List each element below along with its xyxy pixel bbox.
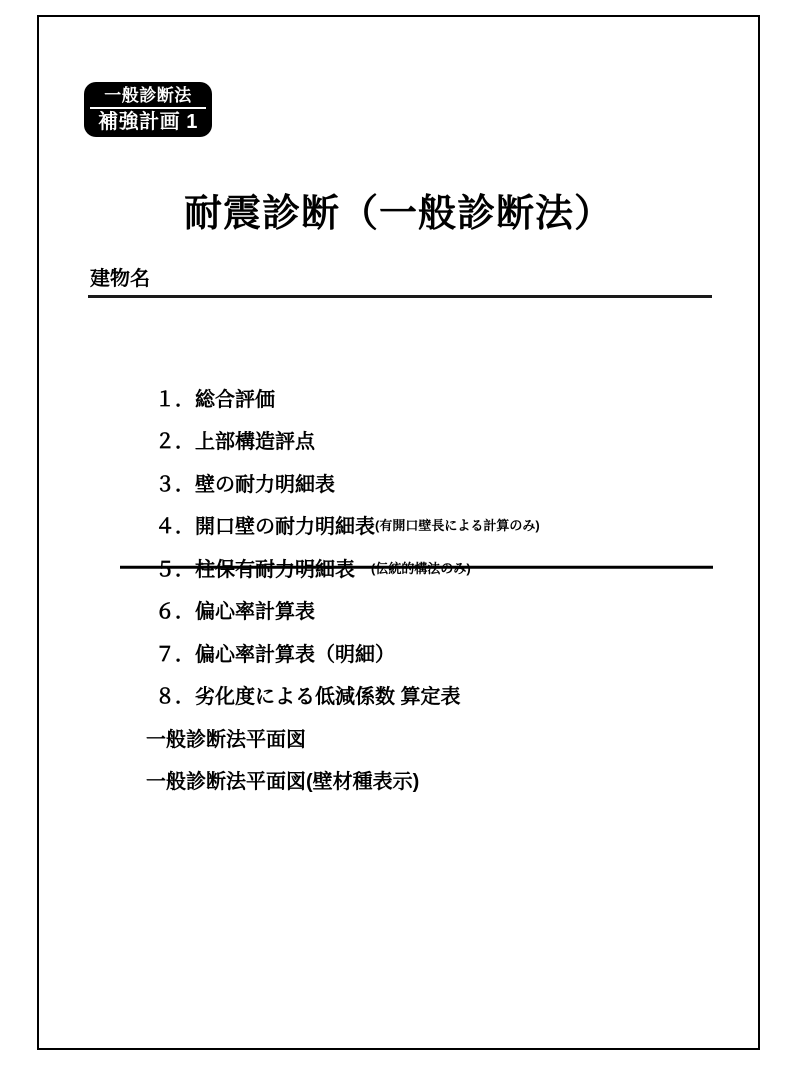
toc-item-number: ３． <box>155 468 195 497</box>
toc-item-label: 柱保有耐力明細表 <box>195 553 355 582</box>
badge-method-label: 一般診断法 <box>84 85 212 106</box>
building-name-fill-line <box>88 295 712 298</box>
toc-item-number: ７． <box>155 638 195 667</box>
toc-item-label: 偏心率計算表 <box>195 595 315 624</box>
toc-item-eccentricity-table: ６．偏心率計算表 <box>0 589 800 632</box>
method-badge: 一般診断法 補強計画 1 <box>84 82 212 137</box>
toc-item-label: 一般診断法平面図 <box>146 723 306 752</box>
toc-item-deterioration-reduction-factor: ８．劣化度による低減係数 算定表 <box>0 674 800 717</box>
badge-plan-label: 補強計画 1 <box>84 111 212 134</box>
toc-item-upper-structure-score: ２．上部構造評点 <box>0 419 800 462</box>
toc-item-number: ５． <box>155 553 195 582</box>
toc-item-number: １． <box>155 383 195 412</box>
table-of-contents: １．総合評価 ２．上部構造評点 ３．壁の耐力明細表 ４．開口壁の耐力明細表(有開… <box>0 376 800 801</box>
toc-item-floor-plan: 一般診断法平面図 <box>0 716 800 759</box>
report-cover-page: 一般診断法 補強計画 1 耐震診断（一般診断法） 建物名 １．総合評価 ２．上部… <box>0 0 800 1066</box>
toc-item-label: 開口壁の耐力明細表 <box>195 510 375 539</box>
toc-item-overall-evaluation: １．総合評価 <box>0 376 800 419</box>
toc-item-label: 偏心率計算表（明細） <box>195 638 395 667</box>
toc-item-note: (有開口壁長による計算のみ) <box>375 515 540 534</box>
toc-item-number: ８． <box>155 680 195 709</box>
badge-divider <box>90 107 206 109</box>
toc-item-eccentricity-table-detail: ７．偏心率計算表（明細） <box>0 631 800 674</box>
toc-item-number: ４． <box>155 510 195 539</box>
toc-item-wall-strength-detail: ３．壁の耐力明細表 <box>0 461 800 504</box>
toc-item-label: 一般診断法平面図(壁材種表示) <box>146 765 419 794</box>
toc-item-label: 上部構造評点 <box>195 425 315 454</box>
toc-item-floor-plan-wall-material: 一般診断法平面図(壁材種表示) <box>0 759 800 802</box>
toc-item-label: 総合評価 <box>195 383 275 412</box>
page-title: 耐震診断（一般診断法） <box>37 191 760 237</box>
toc-item-number: ２． <box>155 425 195 454</box>
toc-item-column-strength-detail: ５．柱保有耐力明細表(伝統的構法のみ) <box>0 546 800 589</box>
building-name-label: 建物名 <box>90 266 150 292</box>
toc-item-number: ６． <box>155 595 195 624</box>
toc-item-label: 壁の耐力明細表 <box>195 468 335 497</box>
toc-item-note: (伝統的構法のみ) <box>371 558 471 577</box>
toc-item-label: 劣化度による低減係数 算定表 <box>195 680 461 709</box>
toc-item-opening-wall-strength-detail: ４．開口壁の耐力明細表(有開口壁長による計算のみ) <box>0 504 800 547</box>
